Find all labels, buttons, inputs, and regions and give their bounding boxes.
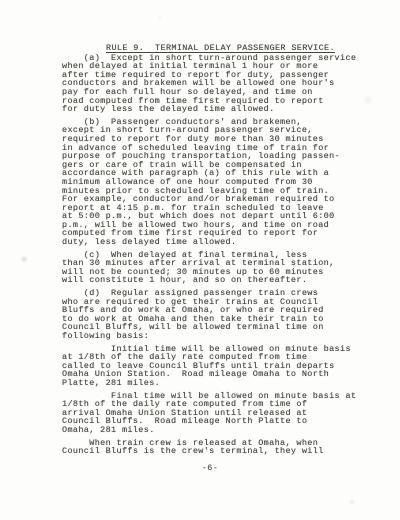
scanned-document-page: RULE 9. TERMINAL DELAY PASSENGER SERVICE… xyxy=(0,0,400,520)
page-number: -6- xyxy=(62,463,358,473)
paragraph-d: (d) Regular assigned passenger train cre… xyxy=(62,289,368,341)
paragraph-b: (b) Passenger conductors' and brakemen, … xyxy=(62,118,368,247)
paragraph-initial-time: Initial time will be allowed on minute b… xyxy=(62,345,368,388)
rule-heading: RULE 9. TERMINAL DELAY PASSENGER SERVICE… xyxy=(106,44,368,53)
paragraph-c: (c) When delayed at final terminal, less… xyxy=(62,251,368,285)
paragraph-a: (a) Except in short turn-around passenge… xyxy=(62,54,368,114)
text-column: RULE 9. TERMINAL DELAY PASSENGER SERVICE… xyxy=(62,44,368,460)
paragraph-final-time: Final time will be allowed on minute bas… xyxy=(62,392,368,435)
paragraph-when-released: When train crew is released at Omaha, wh… xyxy=(62,439,368,456)
